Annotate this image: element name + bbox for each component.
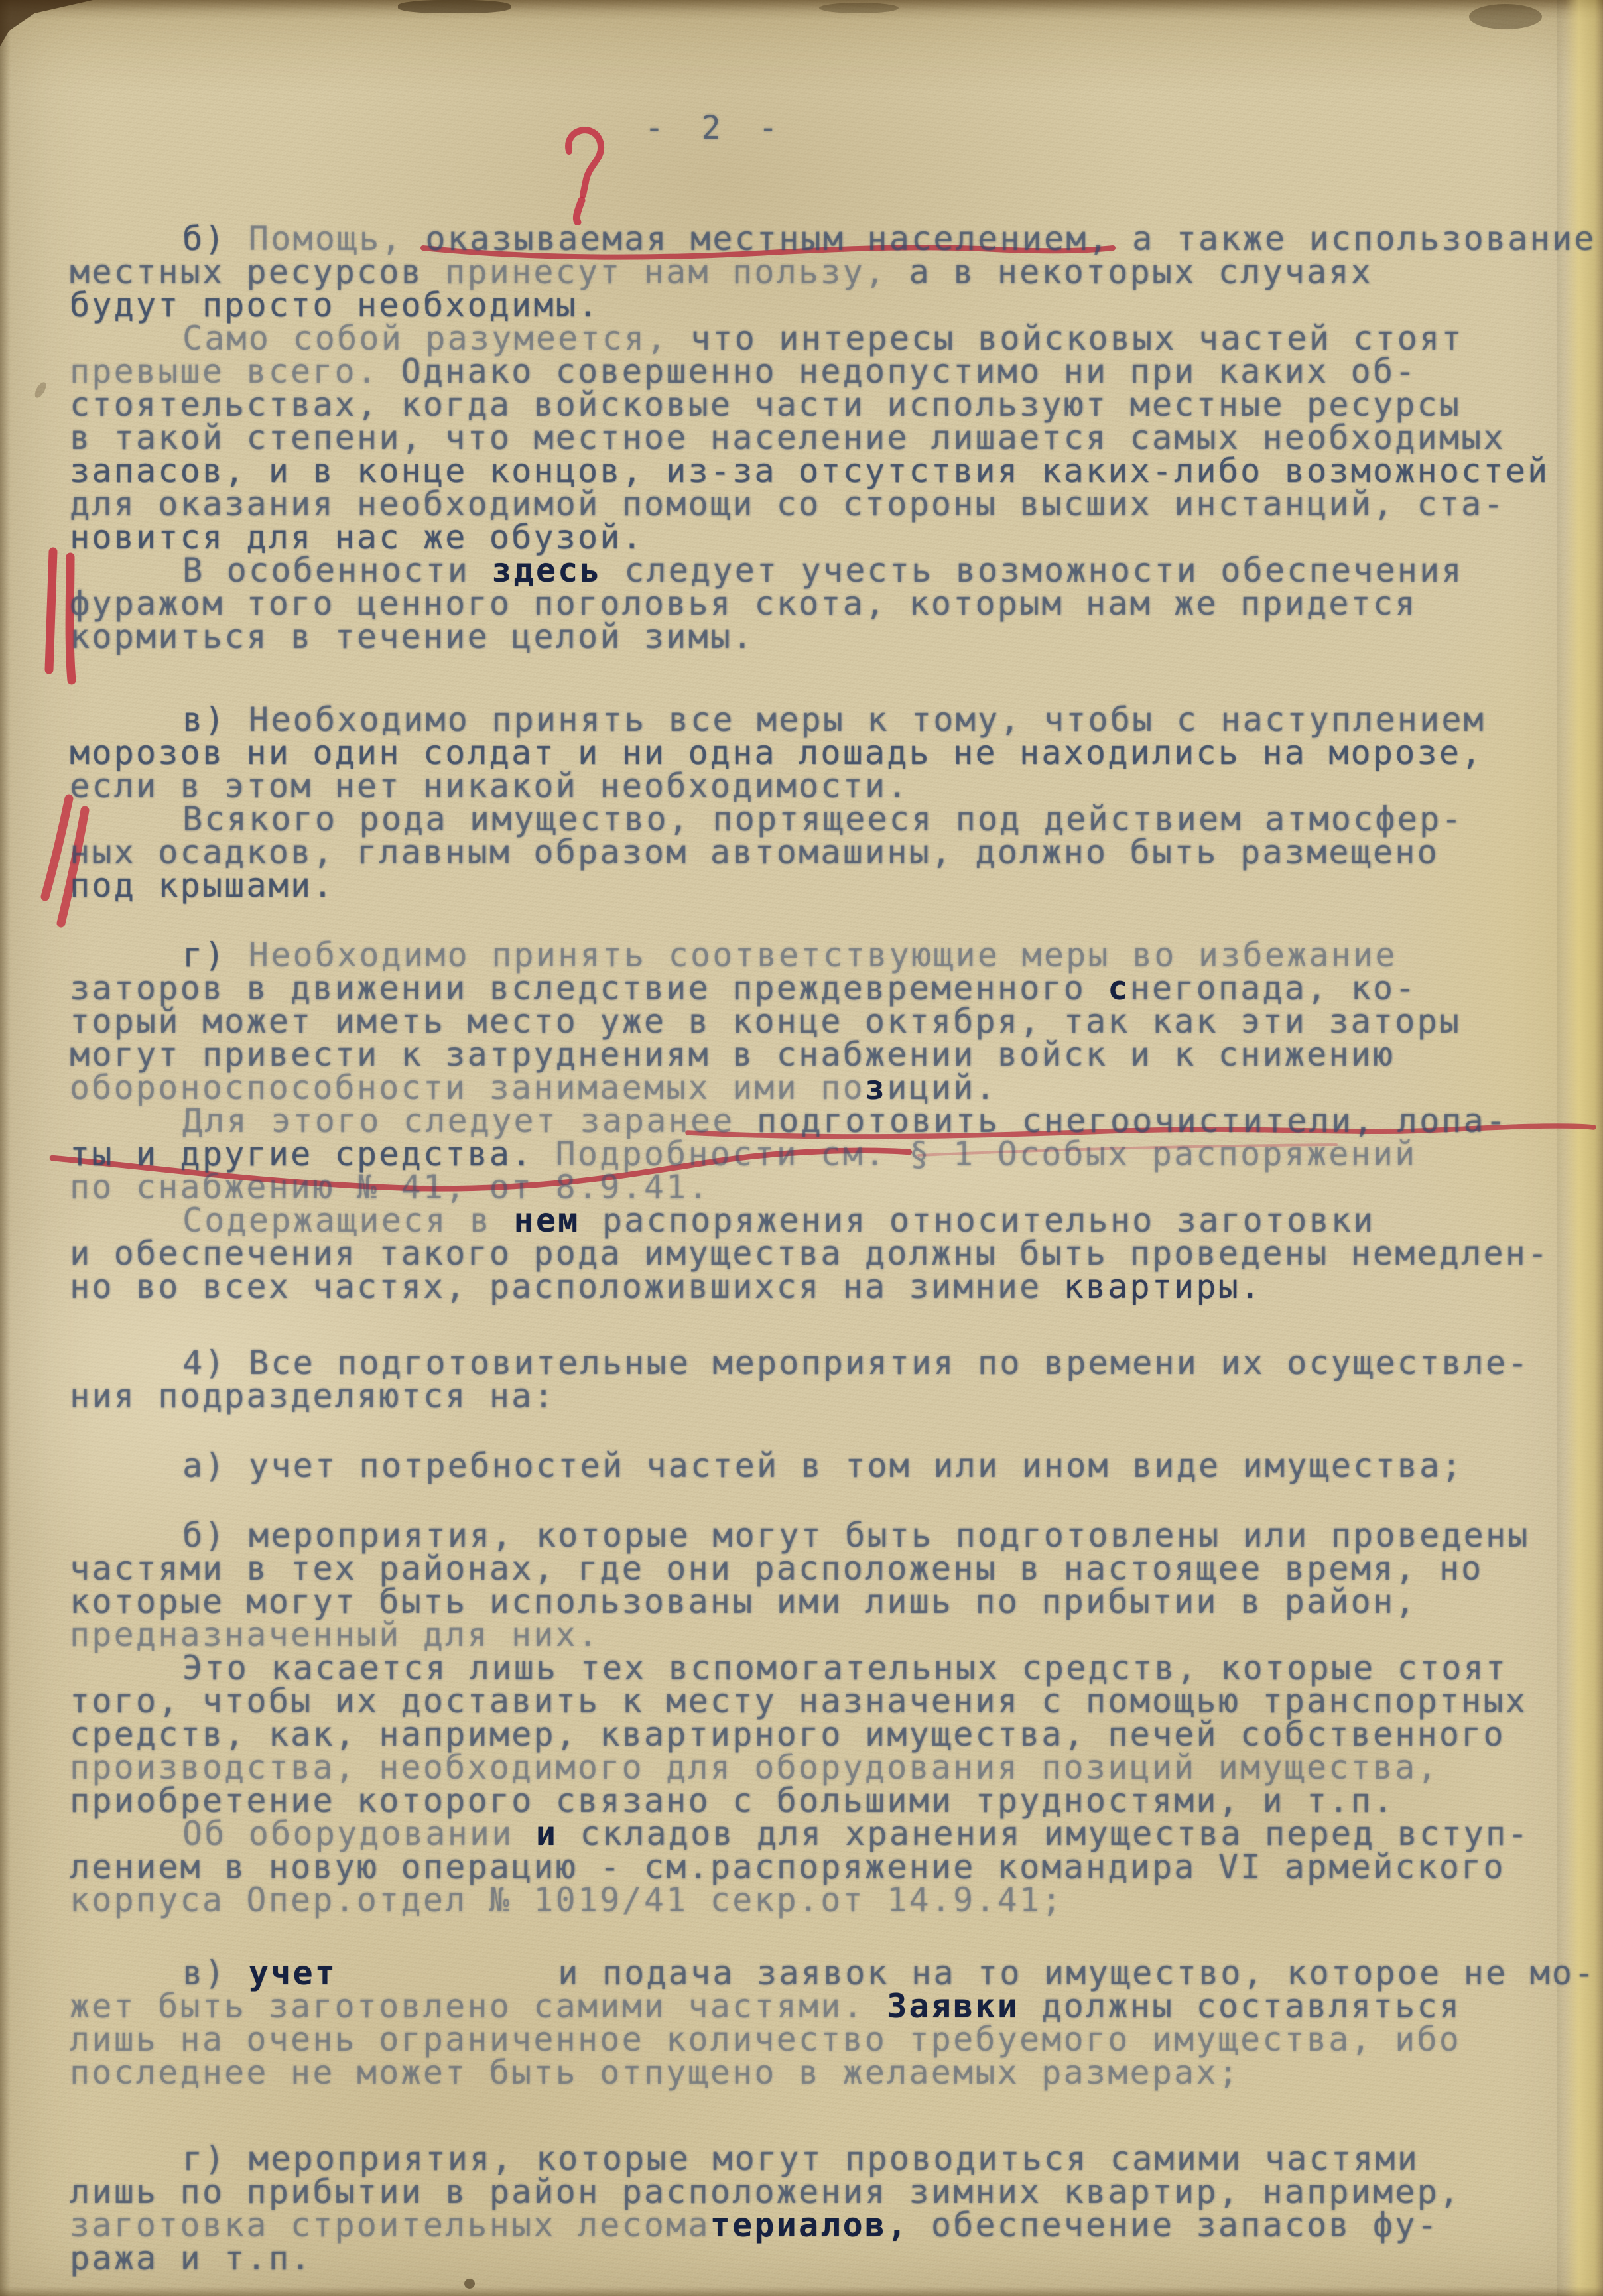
text-line: Само собой разумеется, что интересы войс… (70, 322, 1595, 355)
text-line: Содержащиеся в нем распоряжения относите… (70, 1204, 1595, 1237)
paper-stain (398, 0, 511, 13)
typewritten-text: б) Помощь, оказываемая местным население… (70, 222, 1595, 2275)
text-line: кормиться в течение целой зимы. (70, 620, 1595, 653)
text-line: жет быть заготовлено самими частями. Зая… (70, 1990, 1595, 2023)
text-line: ты и другие средства. Подробности см. § … (70, 1137, 1595, 1171)
typewriter-text-segment: под крышами. (70, 866, 335, 905)
text-line: корпуса Опер.отдел № 1019/41 секр.от 14.… (70, 1883, 1595, 1917)
text-line: частями в тех районах, где они расположе… (70, 1552, 1595, 1585)
text-line: новится для нас же обузой. (70, 521, 1595, 554)
text-line: предназначенный для них. (70, 1618, 1595, 1651)
text-line: средств, как, например, квартирного имущ… (70, 1718, 1595, 1751)
red-question-mark-annotation (556, 121, 610, 225)
text-line: в) Необходимо принять все меры к тому, ч… (70, 703, 1595, 736)
text-line: заторов в движении вследствие преждеврем… (70, 972, 1595, 1005)
typewriter-text-segment: а) учет потребностей частей в том или ин… (182, 1446, 1464, 1485)
text-line: ных осадков, главным образом автомашины,… (70, 836, 1595, 869)
text-line: запасов, и в конце концов, из-за отсутст… (70, 454, 1595, 487)
paper-stain (1469, 4, 1542, 29)
text-line: ния подразделяются на: (70, 1379, 1595, 1413)
text-line: лишь по прибытии в район расположения зи… (70, 2175, 1595, 2208)
text-line: Это касается лишь тех вспомогательных ср… (70, 1651, 1595, 1685)
text-line: в такой степени, что местное население л… (70, 421, 1595, 454)
text-line: приобретение которого связано с большими… (70, 1784, 1595, 1817)
typewriter-text-segment: обеспечение запасов фу- (909, 2206, 1439, 2244)
ink-correction-text: териалов, (710, 2206, 909, 2244)
text-line: б) Помощь, оказываемая местным население… (70, 222, 1595, 255)
typewriter-text-segment: ража и т.п. (70, 2239, 312, 2277)
text-line: лишь на очень ограниченное количество тр… (70, 2023, 1595, 2056)
text-line: Об оборудовании и складов для хранения и… (70, 1817, 1595, 1850)
paper-speck (464, 2279, 475, 2289)
text-line: местных ресурсов принесут нам пользу, а … (70, 255, 1595, 288)
text-line: ража и т.п. (70, 2242, 1595, 2275)
text-line: Для этого следует заранее подготовить сн… (70, 1104, 1595, 1137)
paper-speck (32, 381, 48, 400)
typewriter-text-segment: последнее не может быть отпущено в желае… (70, 2053, 1240, 2092)
typewriter-text-segment: но во всех частях, расположившихся на зи… (70, 1267, 1064, 1306)
text-line: могут привести к затруднениям в снабжени… (70, 1038, 1595, 1071)
scan-edge-top (0, 0, 1603, 20)
text-line: если в этом нет никакой необходимости. (70, 769, 1595, 802)
typewriter-text-segment: кормиться в течение целой зимы. (70, 617, 754, 656)
text-line: последнее не может быть отпущено в желае… (70, 2056, 1595, 2089)
page-number: - 2 - (645, 109, 787, 147)
typewriter-text-segment: ния подразделяются на: (70, 1377, 556, 1415)
text-line: под крышами. (70, 869, 1595, 902)
text-line: 4) Все подготовительные мероприятия по в… (70, 1346, 1595, 1379)
text-line: морозов ни один солдат и ни одна лошадь … (70, 736, 1595, 769)
text-line: фуражом того ценного поголовья скота, ко… (70, 587, 1595, 620)
text-line: б) мероприятия, которые могут быть подго… (70, 1519, 1595, 1552)
text-line: лением в новую операцию - см.распоряжени… (70, 1850, 1595, 1883)
text-line: торый может иметь место уже в конце октя… (70, 1005, 1595, 1038)
text-line: а) учет потребностей частей в том или ин… (70, 1449, 1595, 1482)
text-line: заготовка строительных лесоматериалов, о… (70, 2208, 1595, 2242)
text-line: г) мероприятия, которые могут проводитьс… (70, 2142, 1595, 2175)
text-line: для оказания необходимой помощи со сторо… (70, 487, 1595, 521)
text-line: которые могут быть использованы ими лишь… (70, 1585, 1595, 1618)
typewriter-text-segment: квартиры. (1064, 1267, 1263, 1306)
text-line: производства, необходимого для оборудова… (70, 1751, 1595, 1784)
typewriter-text-segment: корпуса Опер.отдел № 1019/41 секр.от 14.… (70, 1881, 1064, 1919)
text-line: будут просто необходимы. (70, 288, 1595, 322)
typewriter-text-segment: а в некоторых случаях (909, 253, 1373, 291)
text-line: стоятельствах, когда войсковые части исп… (70, 388, 1595, 421)
text-line: г) Необходимо принять соответствующие ме… (70, 938, 1595, 972)
text-line: и обеспечения такого рода имущества долж… (70, 1237, 1595, 1270)
text-line: В особенности здесь следует учесть возмо… (70, 554, 1595, 587)
text-line: того, чтобы их доставить к месту назначе… (70, 1685, 1595, 1718)
scan-edge-bottom (0, 2287, 1603, 2296)
text-line: в) учет и подача заявок на то имущество,… (70, 1956, 1595, 1990)
text-line: Всякого рода имущество, портящееся под д… (70, 802, 1595, 836)
text-line: но во всех частях, расположившихся на зи… (70, 1270, 1595, 1303)
text-line: обороноспособности занимаемых ими позици… (70, 1071, 1595, 1104)
scan-edge-left (0, 0, 11, 2296)
text-line: превыше всего. Однако совершенно недопус… (70, 355, 1595, 388)
scanned-document-page: - 2 - б) Помощь, оказываемая местным нас… (0, 0, 1603, 2296)
text-line: по снабжению № 41, от 8.9.41. (70, 1171, 1595, 1204)
paper-stain (819, 3, 899, 13)
